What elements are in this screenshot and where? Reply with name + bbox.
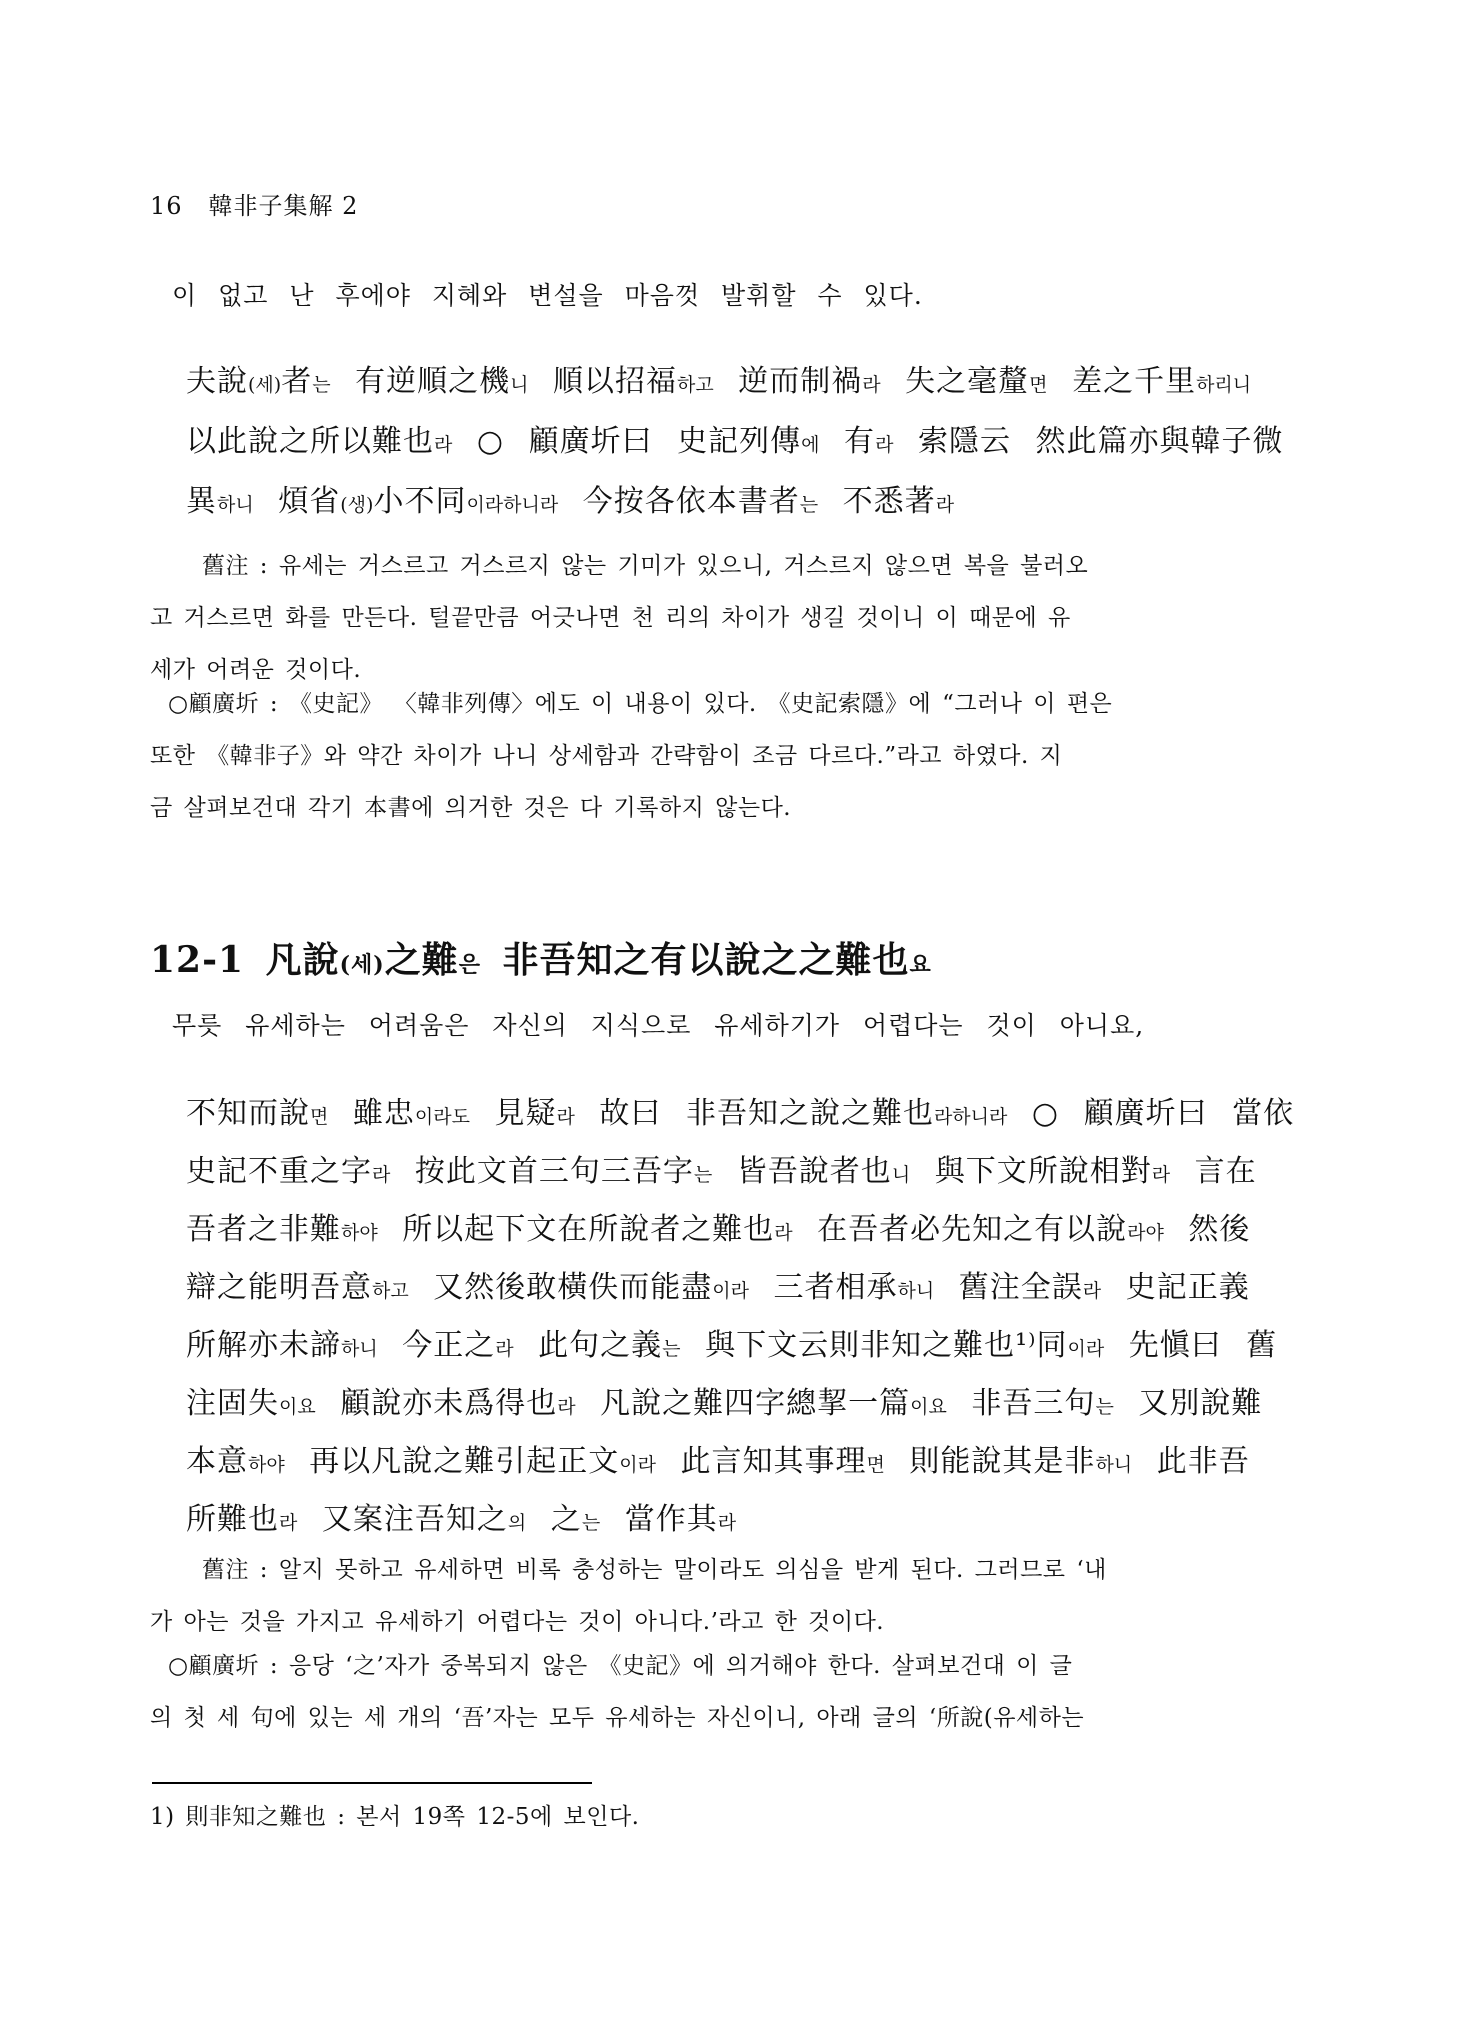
hanmun-line: 史記不重之字라 按此文首三句三吾字는 皆吾說者也니 與下文所說相對라 言在 [186,1143,1294,1201]
jiuzhu-line: 고 거스르면 화를 만든다. 털끝만큼 어긋나면 천 리의 차이가 생길 것이니… [150,592,1088,644]
commentary-line: ○顧廣圻 : 《史記》 〈韓非列傳〉에도 이 내용이 있다. 《史記索隱》에 “… [150,678,1112,730]
hanmun-line: 異하니 煩省(생)小不同이라하니라 今按各依本書者는 不悉著라 [186,472,1284,532]
page-header: 16韓非子集解 2 [150,186,358,221]
hanmun-line: 辯之能明吾意하고 又然後敢橫佚而能盡이라 三者相承하니 舊注全誤라 史記正義 [186,1259,1294,1317]
book-title: 韓非子集解 2 [209,192,359,220]
book-page: 16韓非子集解 2 이 없고 난 후에야 지혜와 변설을 마음껏 발휘할 수 있… [0,0,1480,2024]
hanmun-line: 吾者之非難하야 所以起下文在所說者之難也라 在吾者必先知之有以說라야 然後 [186,1201,1294,1259]
section-translation: 무릇 유세하는 어려움은 자신의 지식으로 유세하기가 어렵다는 것이 아니요, [172,1006,1144,1042]
jiuzhu-line: 舊注 : 알지 못하고 유세하면 비록 충성하는 말이라도 의심을 받게 된다.… [150,1544,1107,1596]
footnote-divider [152,1782,592,1784]
section-heading-12-1: 12-1 凡說(세)之難은 非吾知之有以說之之難也요 [150,932,932,983]
commentary-line: 또한 《韓非子》와 약간 차이가 나니 상세함과 간략함이 조금 다르다.”라고… [150,730,1112,782]
gu-guangqi-commentary-1: ○顧廣圻 : 《史記》 〈韓非列傳〉에도 이 내용이 있다. 《史記索隱》에 “… [150,678,1112,834]
hanmun-line: 所難也라 又案注吾知之의 之는 當作其라 [186,1491,1294,1549]
page-number: 16 [150,192,183,220]
commentary-line: 금 살펴보건대 각기 本書에 의거한 것은 다 기록하지 않는다. [150,782,1112,834]
hanmun-line: 注固失이요 顧說亦未爲得也라 凡說之難四字總挈一篇이요 非吾三句는 又別說難 [186,1375,1294,1433]
hanmun-line: 本意하야 再以凡說之難引起正文이라 此言知其事理면 則能說其是非하니 此非吾 [186,1433,1294,1491]
hanmun-line: 所解亦未諦하니 今正之라 此句之義는 與下文云則非知之難也¹⁾同이라 先愼曰 舊 [186,1317,1294,1375]
hanmun-line: 不知而說면 雖忠이라도 見疑라 故曰 非吾知之說之難也라하니라 ○ 顧廣圻曰 當… [186,1085,1294,1143]
jiuzhu-commentary-1: 舊注 : 유세는 거스르고 거스르지 않는 기미가 있으니, 거스르지 않으면 … [150,540,1088,696]
hanmun-block-1: 夫說(세)者는 有逆順之機니 順以招福하고 逆而制禍라 失之毫釐면 差之千里하리… [186,352,1284,532]
hanmun-block-2: 不知而說면 雖忠이라도 見疑라 故曰 非吾知之說之難也라하니라 ○ 顧廣圻曰 當… [186,1085,1294,1549]
commentary-line: ○顧廣圻 : 응당 ‘之’자가 중복되지 않은 《史記》에 의거해야 한다. 살… [150,1640,1084,1692]
intro-continuation-line: 이 없고 난 후에야 지혜와 변설을 마음껏 발휘할 수 있다. [172,276,923,312]
hanmun-line: 夫說(세)者는 有逆順之機니 順以招福하고 逆而制禍라 失之毫釐면 差之千里하리… [186,352,1284,412]
jiuzhu-commentary-2: 舊注 : 알지 못하고 유세하면 비록 충성하는 말이라도 의심을 받게 된다.… [150,1544,1107,1648]
hanmun-line: 以此說之所以難也라 ○ 顧廣圻曰 史記列傳에 有라 索隱云 然此篇亦與韓子微 [186,412,1284,472]
footnote-1: 1) 則非知之難也 : 본서 19쪽 12-5에 보인다. [150,1798,640,1831]
gu-guangqi-commentary-2: ○顧廣圻 : 응당 ‘之’자가 중복되지 않은 《史記》에 의거해야 한다. 살… [150,1640,1084,1744]
jiuzhu-line: 舊注 : 유세는 거스르고 거스르지 않는 기미가 있으니, 거스르지 않으면 … [150,540,1088,592]
commentary-line: 의 첫 세 句에 있는 세 개의 ‘吾’자는 모두 유세하는 자신이니, 아래 … [150,1692,1084,1744]
